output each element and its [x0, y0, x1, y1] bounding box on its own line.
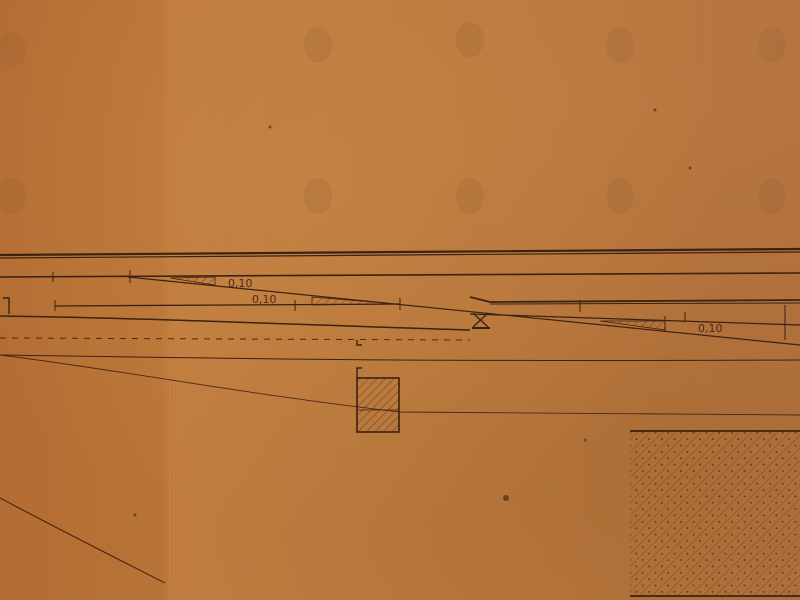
dashed-boundary-line	[0, 338, 470, 340]
gradient-label-1: 0,10	[228, 277, 253, 290]
ink-specks	[134, 109, 692, 517]
paper-stains	[0, 22, 786, 214]
track-right-upper	[470, 297, 800, 304]
gradient-label-3: 0,10	[698, 322, 723, 335]
left-buffer-stop	[3, 298, 9, 314]
track-4	[0, 314, 800, 361]
track-plan-drawing: 0,10 0,10 0,10	[0, 0, 800, 600]
large-building	[630, 431, 800, 596]
gradient-label-2: 0,10	[252, 293, 277, 306]
turnout-switch	[472, 313, 490, 328]
gradient-wedge-2	[312, 297, 395, 305]
small-building	[357, 340, 399, 432]
main-track-double-line	[0, 249, 800, 258]
track-ticks	[580, 300, 785, 340]
